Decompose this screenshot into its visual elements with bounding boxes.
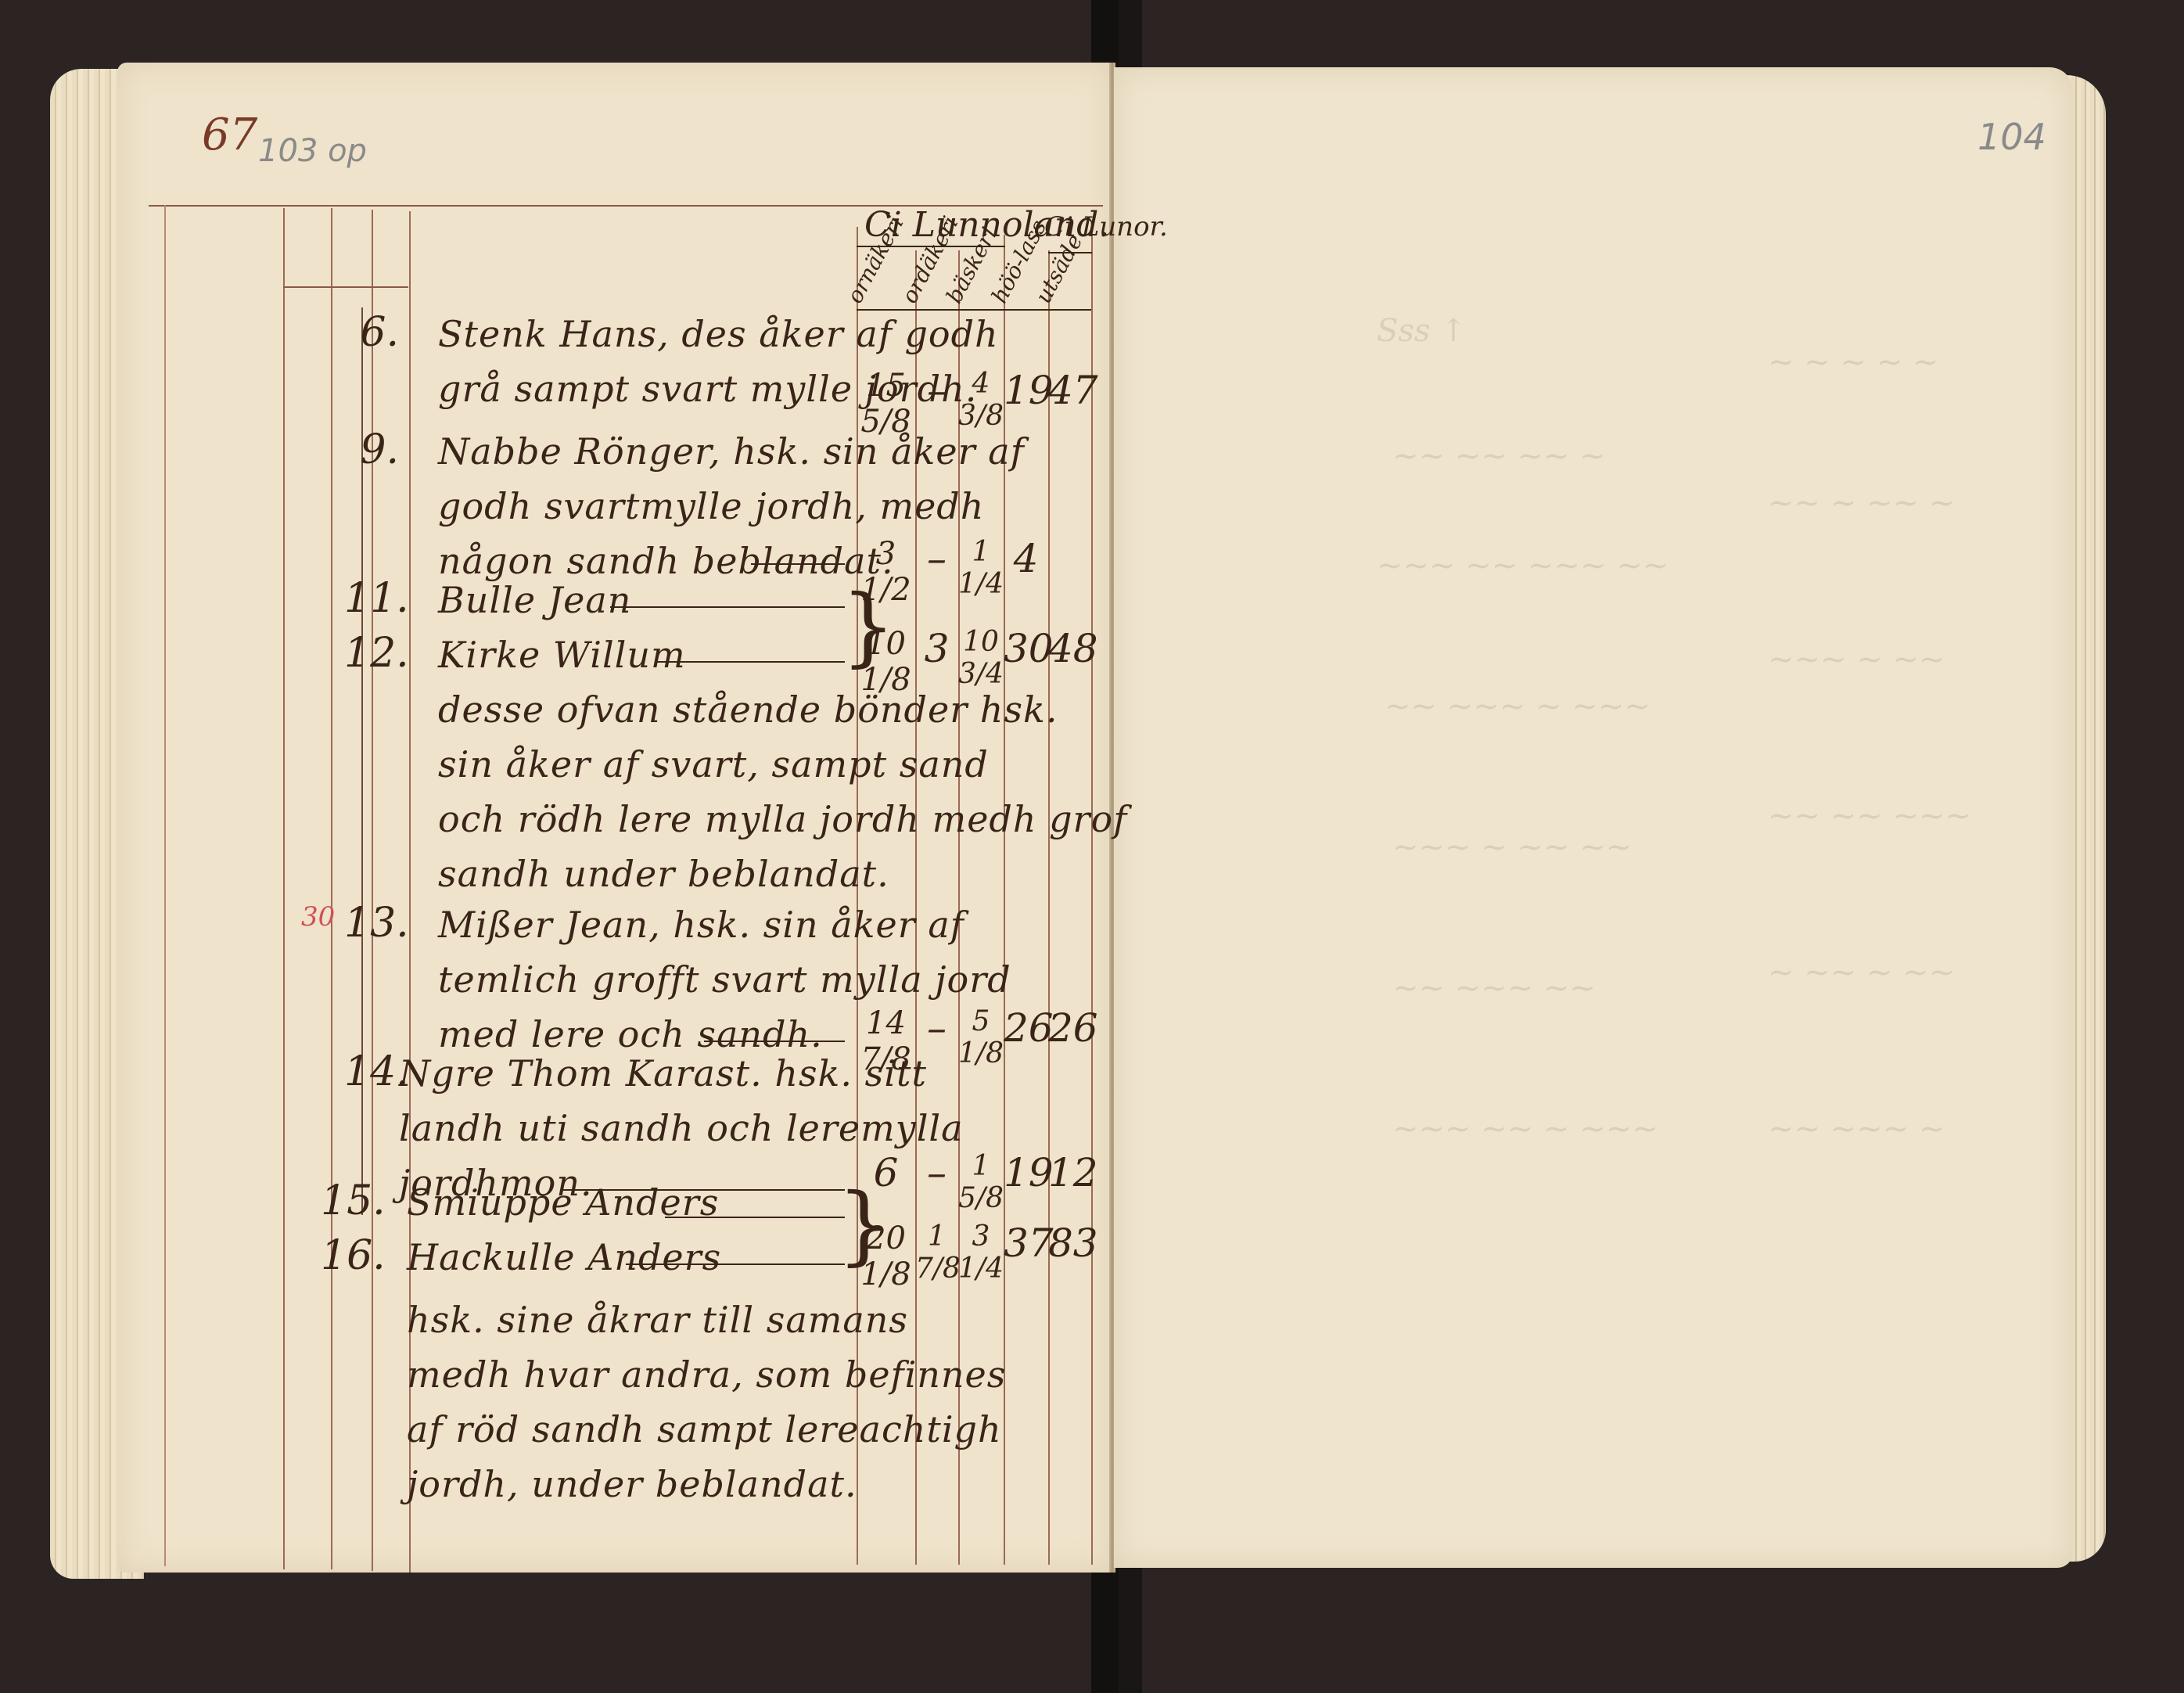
- show-through-text: ~ ~ ~ ~ ~: [1768, 344, 1938, 380]
- value-cell: 47: [1048, 368, 1091, 413]
- folio-ink-number: 67: [202, 110, 257, 160]
- entry-number: 11.: [344, 575, 399, 622]
- value-cell: –: [915, 536, 958, 581]
- entry-number: 13.: [344, 900, 399, 947]
- value-column-rule: [1091, 235, 1093, 1565]
- margin-note-red: 30: [301, 901, 335, 933]
- show-through-text: Sss ↑: [1377, 313, 1467, 349]
- entry-number: 6.: [344, 309, 399, 356]
- entry-text: godh svartmylle jordh, medh: [438, 485, 984, 527]
- value-cell: –: [915, 368, 958, 413]
- entry-text: och rödh lere mylla jordh medh grof: [438, 798, 1127, 840]
- value-cell: 1 7/8: [915, 1220, 958, 1285]
- value-cell: 83: [1048, 1220, 1091, 1266]
- value-cell: 1 5/8: [958, 1150, 1004, 1214]
- folio-pencil-number: 103 op: [258, 133, 367, 169]
- value-column-rule: [1048, 250, 1050, 1565]
- entry-text: Ngre Thom Karast. hsk. sitt: [399, 1052, 927, 1095]
- show-through-text: ~~ ~~~ ~~: [1392, 970, 1596, 1006]
- show-through-text: ~~ ~~~ ~ ~~~: [1385, 688, 1651, 724]
- show-through-text: ~ ~~ ~ ~~: [1768, 954, 1955, 990]
- entry-text: Nabbe Rönger, hsk. sin åker af: [438, 430, 1025, 473]
- value-cell: 26: [1004, 1005, 1048, 1051]
- value-cell: 26: [1048, 1005, 1091, 1051]
- entry-text: hsk. sine åkrar till samans: [407, 1299, 908, 1341]
- entry-text: Bulle Jean: [438, 579, 631, 621]
- entry-text: Stenk Hans, des åker af godh: [438, 313, 999, 355]
- value-cell: 5 1/8: [958, 1005, 1004, 1069]
- value-cell: 30: [1004, 626, 1048, 671]
- show-through-text: ~~~ ~ ~~ ~~: [1392, 829, 1632, 865]
- value-cell: 37: [1004, 1220, 1048, 1266]
- entry-number: 16.: [321, 1232, 375, 1279]
- value-cell: 12: [1048, 1150, 1091, 1195]
- ruling-line: [164, 205, 166, 1566]
- value-cell: 48: [1048, 626, 1091, 671]
- entry-text: landh uti sandh och leremylla: [399, 1107, 964, 1149]
- value-cell: –: [915, 1150, 958, 1195]
- value-cell: 15 5/8: [857, 368, 915, 440]
- entry-number: 15.: [321, 1177, 375, 1224]
- entry-dash: [665, 1217, 845, 1218]
- value-cell: 3 1/4: [958, 1220, 1004, 1285]
- value-cell: 10 1/8: [857, 626, 915, 698]
- header-bottom-line: [857, 309, 1091, 311]
- entry-dash: [704, 1041, 845, 1042]
- entry-text: Kirke Willum: [438, 634, 686, 676]
- value-cell: 20 1/8: [857, 1220, 915, 1292]
- value-cell: 4: [1004, 536, 1048, 581]
- ruling-line: [283, 208, 285, 1569]
- show-through-text: ~~ ~~ ~~ ~: [1392, 438, 1606, 474]
- show-through-text: ~~~ ~~ ~ ~~~: [1392, 1111, 1658, 1147]
- show-through-text: ~~ ~~ ~~~: [1768, 798, 1971, 834]
- entry-text: med lere och sandh.: [438, 1013, 823, 1055]
- entry-text: Hackulle Anders: [407, 1236, 721, 1278]
- value-cell: 4 3/8: [958, 368, 1004, 432]
- entry-text: sin åker af svart, sampt sand: [438, 743, 989, 785]
- header-bottom-rule: [283, 286, 408, 288]
- value-cell: –: [915, 1005, 958, 1051]
- value-cell: 3: [915, 626, 958, 671]
- entry-text: desse ofvan stående bönder hsk.: [438, 688, 1058, 731]
- value-cell: 19: [1004, 1150, 1048, 1195]
- entry-dash: [610, 606, 845, 608]
- entry-text: sandh under beblandat.: [438, 853, 889, 895]
- value-cell: 19: [1004, 368, 1048, 413]
- value-cell: 10 3/4: [958, 626, 1004, 690]
- right-folio-pencil-number: 104: [1977, 116, 2046, 158]
- entry-dash: [657, 661, 845, 663]
- ruling-line: [372, 210, 373, 1571]
- entry-text: temlich grofft svart mylla jord: [438, 958, 1011, 1001]
- entry-dash: [626, 1263, 845, 1265]
- entry-text: medh hvar andra, som befinnes: [407, 1353, 1006, 1396]
- value-cell: 1 1/4: [958, 536, 1004, 600]
- show-through-text: ~~ ~ ~~ ~: [1768, 485, 1955, 521]
- entry-text: af röd sandh sampt lereachtigh: [407, 1408, 1002, 1450]
- entry-number: 9.: [344, 426, 399, 473]
- entry-number: 14.: [344, 1048, 399, 1095]
- entry-text: någon sandh beblandat.: [438, 540, 894, 582]
- show-through-text: ~~ ~~~ ~: [1768, 1111, 1945, 1147]
- show-through-text: ~~~ ~ ~~: [1768, 642, 1945, 678]
- ruling-line: [331, 208, 332, 1569]
- entry-text: Mißer Jean, hsk. sin åker af: [438, 904, 964, 946]
- show-through-text: ~~~ ~~ ~~~ ~~: [1377, 548, 1669, 584]
- entry-dash: [751, 563, 845, 565]
- entry-number: 12.: [344, 630, 399, 677]
- entry-text: jordh, under beblandat.: [407, 1463, 857, 1505]
